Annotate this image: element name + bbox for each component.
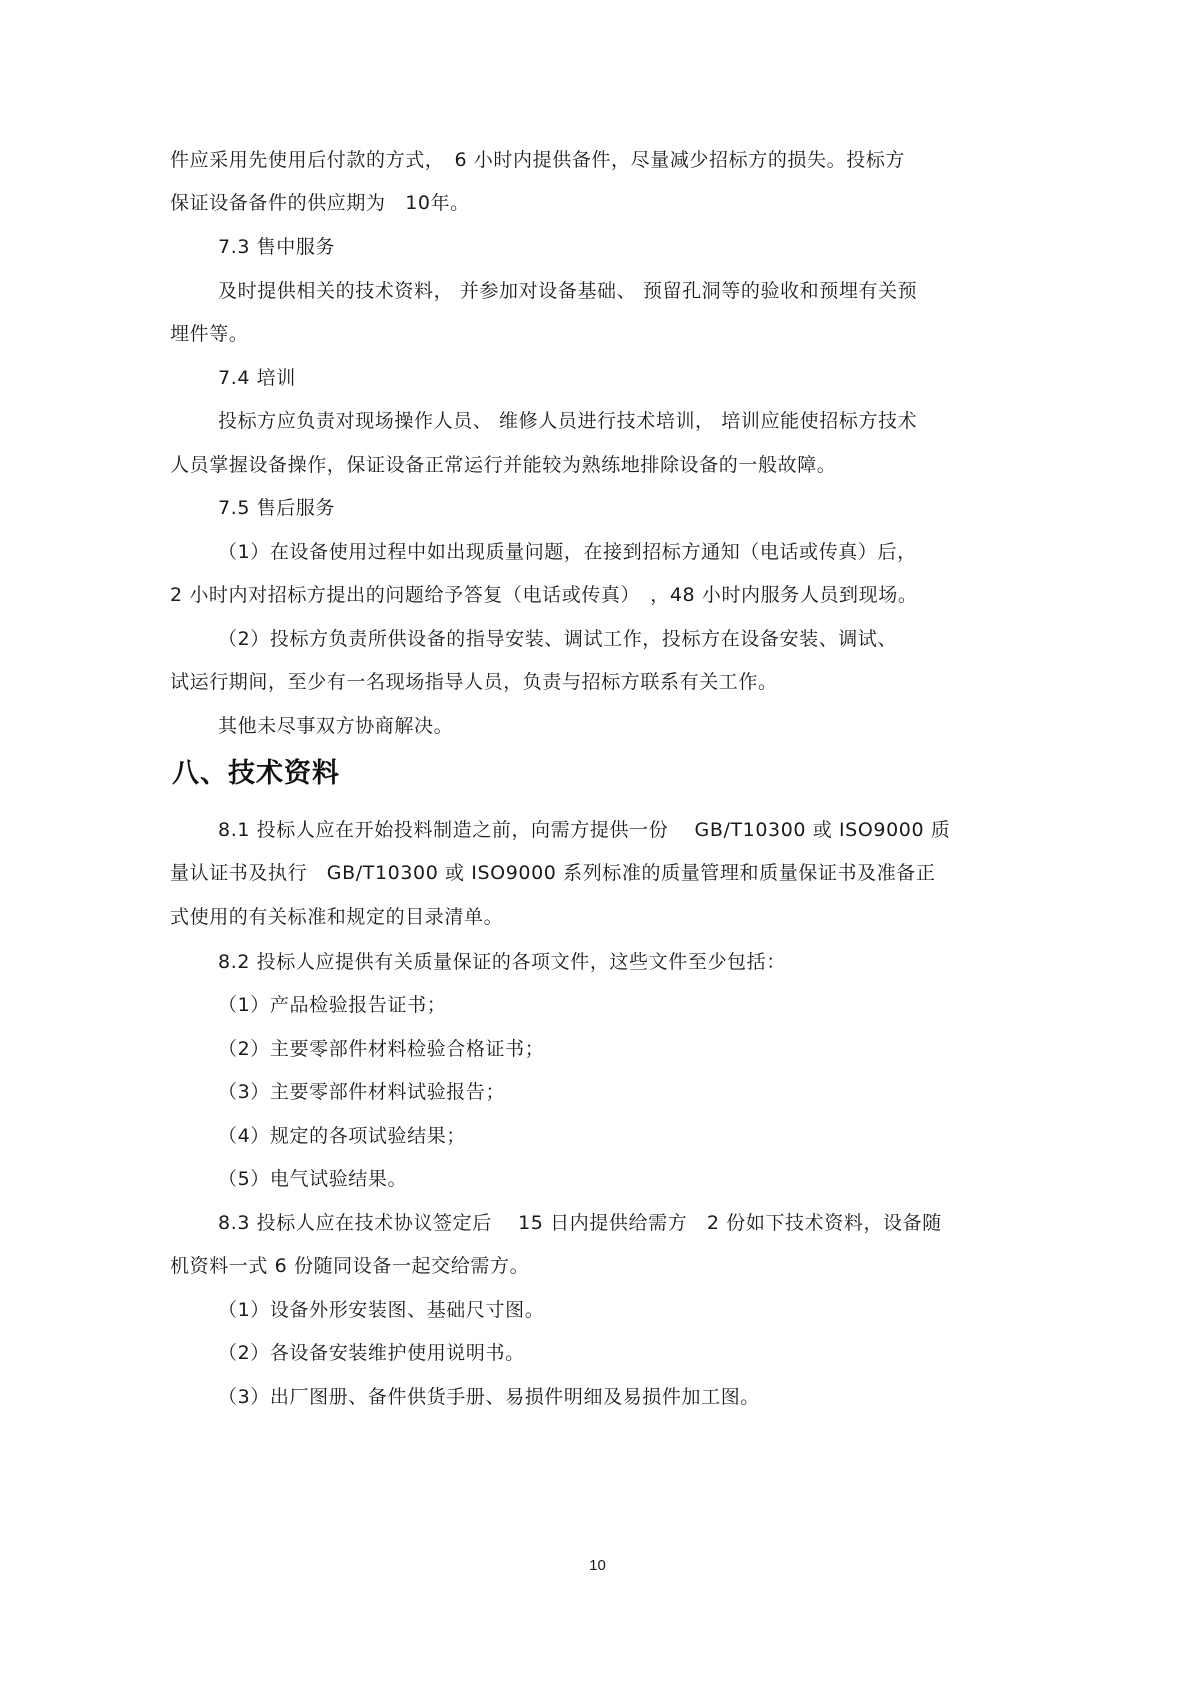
list-item: （2）各设备安装维护使用说明书。 <box>218 1341 525 1365</box>
section-heading-7-5: 7.5 售后服务 <box>218 496 335 520</box>
list-item: （3）主要零部件材料试验报告； <box>218 1080 505 1104</box>
paragraph-line: 机资料一式 6 份随同设备一起交给需方。 <box>170 1254 529 1278</box>
document-page: 件应采用先使用后付款的方式， 6 小时内提供备件，尽量减少招标方的损失。投标方 … <box>0 0 1195 1693</box>
list-item: （1）在设备使用过程中如出现质量问题，在接到招标方通知（电话或传真）后， <box>218 540 917 564</box>
list-item: （2）主要零部件材料检验合格证书； <box>218 1037 544 1061</box>
paragraph-line: 保证设备备件的供应期为 10年。 <box>170 191 470 215</box>
paragraph-line: 式使用的有关标准和规定的目录清单。 <box>170 905 503 929</box>
list-item: （1）产品检验报告证书； <box>218 993 446 1017</box>
list-item: （2）投标方负责所供设备的指导安装、调试工作，投标方在设备安装、调试、 <box>218 627 897 651</box>
paragraph-line: 8.3 投标人应在技术协议签定后 15 日内提供给需方 2 份如下技术资料，设备… <box>218 1211 942 1235</box>
list-item: （4）规定的各项试验结果； <box>218 1124 466 1148</box>
paragraph-line: 埋件等。 <box>170 322 248 346</box>
paragraph-line: 投标方应负责对现场操作人员、 维修人员进行技术培训， 培训应能使招标方技术 <box>218 409 917 433</box>
list-item: （3）出厂图册、备件供货手册、易损件明细及易损件加工图。 <box>218 1385 760 1409</box>
section-heading-7-3: 7.3 售中服务 <box>218 235 335 259</box>
chapter-heading: 八、技术资料 <box>172 758 340 790</box>
page-number: 10 <box>0 1557 1195 1574</box>
paragraph-line: 8.1 投标人应在开始投料制造之前，向需方提供一份 GB/T10300 或 IS… <box>218 818 950 842</box>
paragraph-line: 其他未尽事双方协商解决。 <box>218 714 453 738</box>
paragraph-line: 件应采用先使用后付款的方式， 6 小时内提供备件，尽量减少招标方的损失。投标方 <box>170 148 905 172</box>
section-heading-7-4: 7.4 培训 <box>218 366 296 390</box>
paragraph-line: 8.2 投标人应提供有关质量保证的各项文件，这些文件至少包括： <box>218 950 786 974</box>
paragraph-line: 量认证书及执行 GB/T10300 或 ISO9000 系列标准的质量管理和质量… <box>170 861 936 885</box>
paragraph-line: 及时提供相关的技术资料， 并参加对设备基础、 预留孔洞等的验收和预埋有关预 <box>218 279 917 303</box>
list-item: （5）电气试验结果。 <box>218 1167 407 1191</box>
paragraph-line: 试运行期间，至少有一名现场指导人员，负责与招标方联系有关工作。 <box>170 670 778 694</box>
list-item: （1）设备外形安装图、基础尺寸图。 <box>218 1298 544 1322</box>
paragraph-line: 人员掌握设备操作，保证设备正常运行并能较为熟练地排除设备的一般故障。 <box>170 453 836 477</box>
paragraph-line: 2 小时内对招标方提出的问题给予答复（电话或传真） ，48 小时内服务人员到现场… <box>170 583 917 607</box>
